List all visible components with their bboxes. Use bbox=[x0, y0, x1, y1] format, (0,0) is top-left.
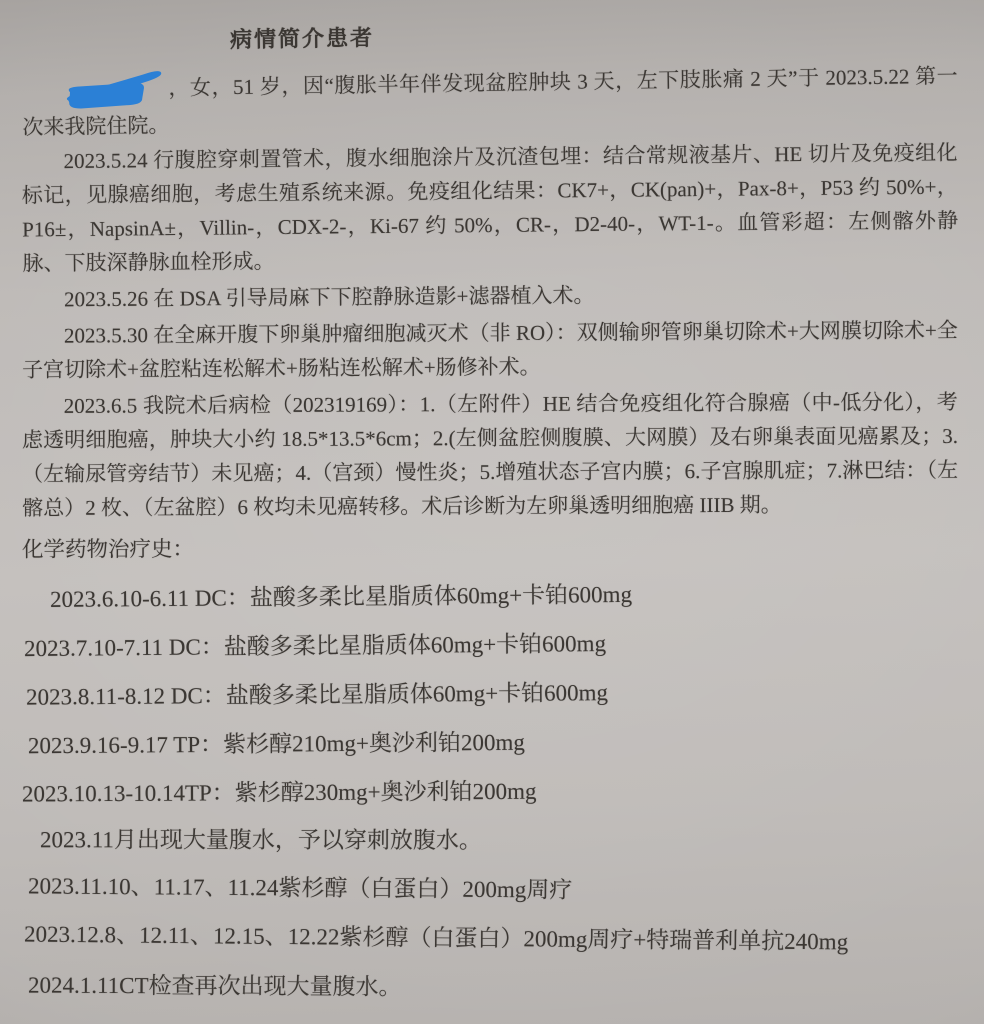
chemo-entry-7: 2023.11.10、11.17、11.24紫杉醇（白蛋白）200mg周疗 bbox=[28, 871, 958, 908]
paragraph-dsa-filter: 2023.5.26 在 DSA 引导局麻下下腔静脉造影+滤器植入术。 bbox=[22, 275, 958, 316]
paragraph-puncture-immunohistochemistry: 2023.5.24 行腹腔穿刺置管术，腹水细胞涂片及沉渣包埋：结合常规液基片、H… bbox=[21, 136, 958, 281]
paragraph-pathology: 2023.6.5 我院术后病检（202319169）：1.（左附件）HE 结合免… bbox=[22, 385, 959, 525]
redaction-scribble bbox=[61, 66, 166, 110]
intro-paragraph: ，女，51 岁，因“腹胀半年伴发现盆腔肿块 3 天，左下肢胀痛 2 天”于 20… bbox=[21, 54, 958, 145]
redaction-stroke-blob bbox=[69, 83, 145, 109]
chemo-entry-6: 2023.11月出现大量腹水，予以穿刺放腹水。 bbox=[40, 825, 958, 857]
chemo-section-heading: 化学药物治疗史： bbox=[22, 529, 958, 566]
chemo-entry-3: 2023.8.11-8.12 DC：盐酸多柔比星脂质体60mg+卡铂600mg bbox=[26, 675, 958, 712]
document-page: 病情简介患者 ，女，51 岁，因“腹胀半年伴发现盆腔肿块 3 天，左下肢胀痛 2… bbox=[0, 0, 984, 1024]
chemo-entry-2: 2023.7.10-7.11 DC：盐酸多柔比星脂质体60mg+卡铂600mg bbox=[24, 626, 958, 664]
chemo-entry-8: 2023.12.8、12.11、12.15、12.22紫杉醇（白蛋白）200mg… bbox=[24, 920, 958, 959]
paragraph-surgery: 2023.5.30 在全麻开腹下卵巢肿瘤细胞减灭术（非 RO）：双侧输卵管卵巢切… bbox=[22, 313, 958, 387]
chemo-entry-4: 2023.9.16-9.17 TP：紫杉醇210mg+奥沙利铂200mg bbox=[28, 725, 958, 761]
chemo-entry-5: 2023.10.13-10.14TP：紫杉醇230mg+奥沙利铂200mg bbox=[22, 775, 958, 810]
page-title: 病情简介患者 bbox=[230, 13, 958, 54]
chemo-entry-1: 2023.6.10-6.11 DC：盐酸多柔比星脂质体60mg+卡铂600mg bbox=[50, 577, 958, 615]
chemo-entry-9: 2024.1.11CT检查再次出现大量腹水。 bbox=[28, 971, 958, 1006]
